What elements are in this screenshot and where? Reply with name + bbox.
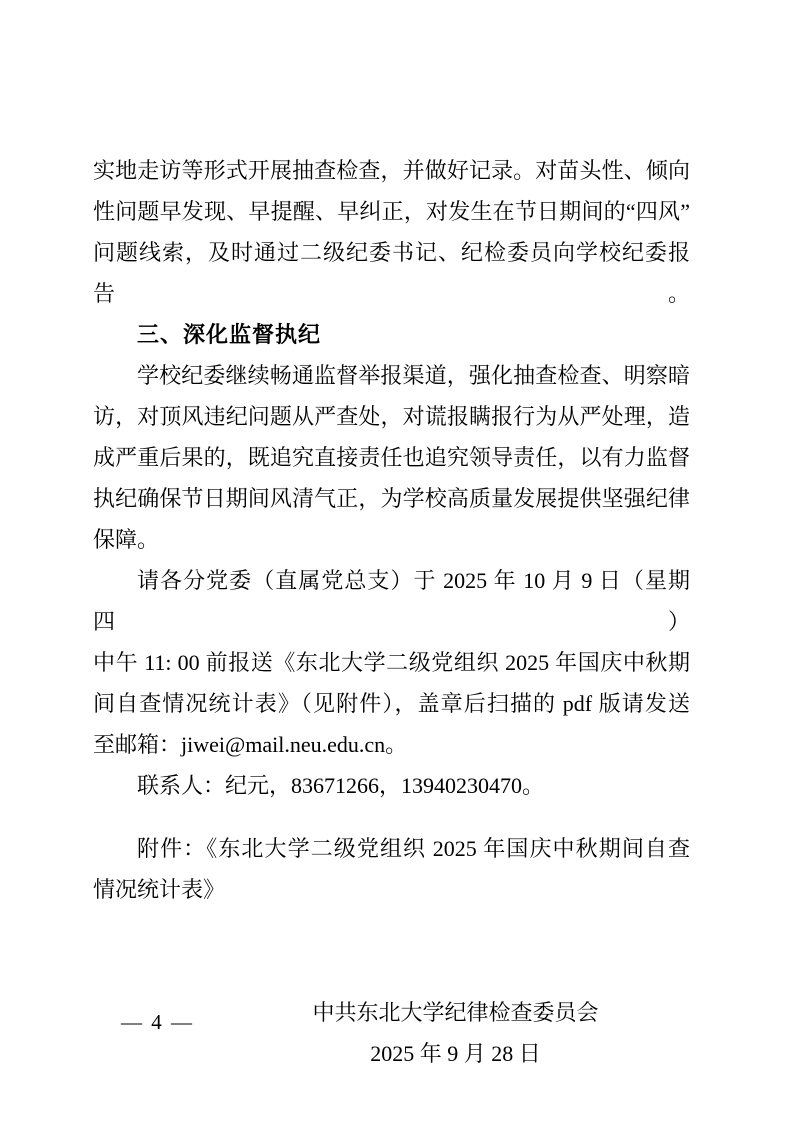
text-line: 学校纪委继续畅通监督举报渠道，强化抽查检查、明察暗	[93, 355, 690, 396]
text-line: 间自查情况统计表》（见附件），盖章后扫描的 pdf 版请发送	[93, 683, 690, 724]
text-line: 实地走访等形式开展抽查检查，并做好记录。对苗头性、倾向	[93, 150, 690, 191]
text-line: 性问题早发现、早提醒、早纠正，对发生在节日期间的“四风”	[93, 191, 690, 232]
email-line: 至邮箱：jiwei@mail.neu.edu.cn。	[93, 724, 690, 765]
signature-date: 2025 年 9 月 28 日	[221, 1033, 690, 1074]
text-line: 成严重后果的，既追究直接责任也追究领导责任，以有力监督	[93, 437, 690, 478]
text-line: 中午 11: 00 前报送《东北大学二级党组织 2025 年国庆中秋期	[93, 642, 690, 683]
text-line: 执纪确保节日期间风清气正，为学校高质量发展提供坚强纪律	[93, 478, 690, 519]
text-line: 保障。	[93, 519, 690, 560]
text-line: 访，对顶风违纪问题从严查处，对谎报瞒报行为从严处理，造	[93, 396, 690, 437]
text-line: 请各分党委（直属党总支）于 2025 年 10 月 9 日（星期四）	[93, 560, 690, 642]
attachment-line: 情况统计表》	[93, 869, 690, 910]
contact-line: 联系人：纪元，83671266，13940230470。	[93, 765, 690, 806]
attachment-line: 附件：《东北大学二级党组织 2025 年国庆中秋期间自查	[93, 828, 690, 869]
document-page: 实地走访等形式开展抽查检查，并做好记录。对苗头性、倾向 性问题早发现、早提醒、早…	[0, 0, 794, 1123]
signature-organization: 中共东北大学纪律检查委员会	[221, 992, 690, 1033]
text-line: 问题线索，及时通过二级纪委书记、纪检委员向学校纪委报告。	[93, 232, 690, 314]
document-body: 实地走访等形式开展抽查检查，并做好记录。对苗头性、倾向 性问题早发现、早提醒、早…	[93, 150, 690, 1074]
section-heading: 三、深化监督执纪	[93, 314, 690, 355]
page-number: — 4 —	[121, 1002, 194, 1043]
